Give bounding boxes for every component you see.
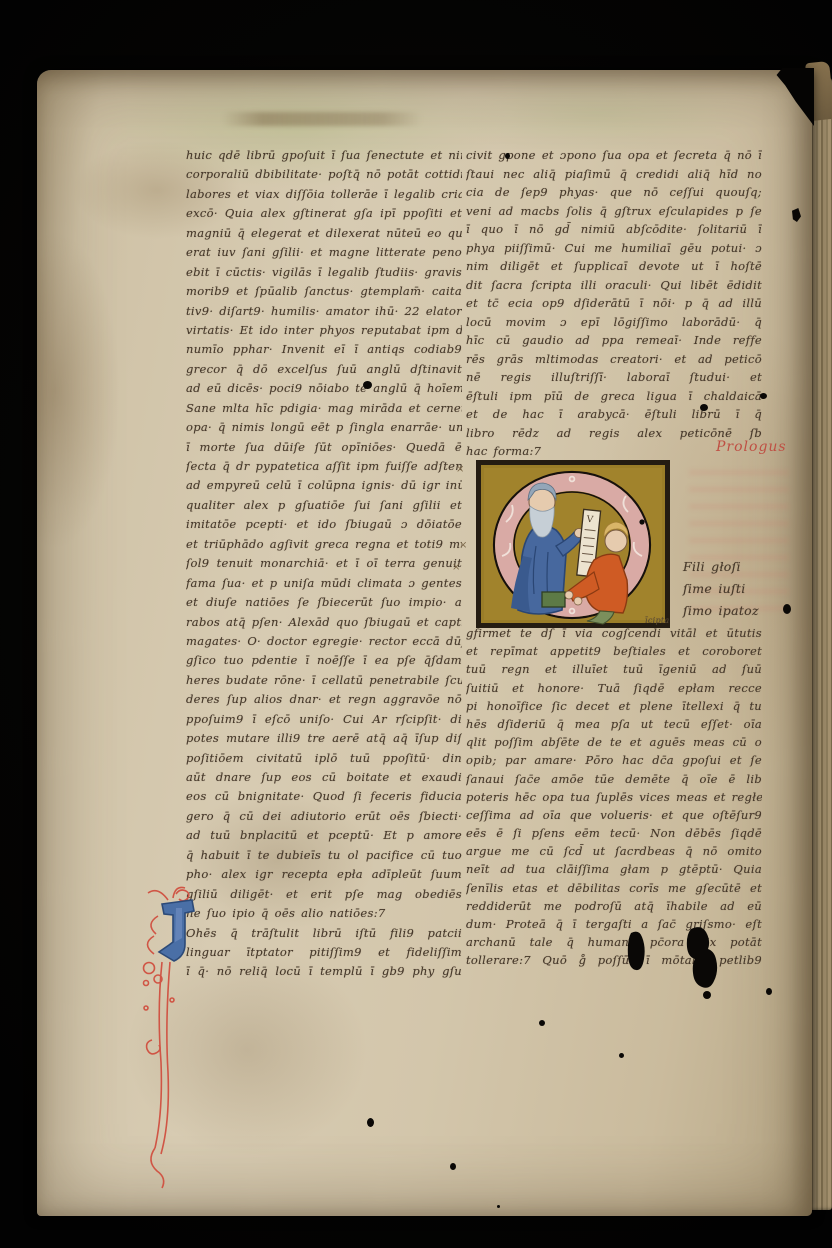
text-line: hēs dſideriū q̄ mea pſa ut tecū eſſet· o… bbox=[466, 715, 762, 733]
text-line: argue me cū ſcd̄ ut ſacrdbeas q̄ nō omit… bbox=[466, 842, 762, 860]
text-line: aūt dnare ſup eos cū boitate et exaudi bbox=[186, 768, 462, 787]
text-line: numīo pphar· Invenit eī ī antiqs codiab9 bbox=[186, 340, 462, 359]
ink-blot bbox=[497, 1205, 500, 1208]
text-line: ſenīlis etas et dēbilitas corīs me gſecū… bbox=[466, 879, 762, 897]
ink-blot bbox=[792, 208, 801, 222]
ink-blot bbox=[700, 404, 708, 411]
text-line: et de hac ī arabycā· ēſtuli librū ī q̄ bbox=[466, 405, 762, 424]
gutter-x-mark: × bbox=[459, 540, 467, 551]
text-line: ī morte ſua dūiſe ſūt opīniōes· Quedā ē bbox=[186, 438, 462, 457]
text-line: qlit poſſim abſēte de te et aguēs meas c… bbox=[466, 733, 762, 751]
text-line: et tc̄ ecia op9 dſiderātū ī nōi· p q̄ ad… bbox=[466, 294, 762, 313]
blue-initial-I-with-flourish bbox=[128, 880, 214, 1192]
text-line: reddiderūt me podroſū atq̄ īhabile ad eū bbox=[466, 897, 762, 915]
rubric-prologus: Prologus bbox=[716, 439, 787, 455]
text-line: grecor q̄ dō excelſus ſuū anglū dſtinavi… bbox=[186, 360, 462, 379]
text-line: civit gpone et ɔpono ſua opa et ſecreta … bbox=[466, 146, 762, 165]
text-line: ī quo ī nō gd̄ nimiū abſcōdite· ſolitari… bbox=[466, 220, 762, 239]
text-line: ceſſima ad oīa que volueris· et que oſtē… bbox=[466, 806, 762, 824]
ink-blot bbox=[505, 153, 510, 159]
text-line: labores et viax diſſōia tollerāe ī legal… bbox=[186, 185, 462, 204]
text-line: neīt ad tua clāiſſima głam p gtēptū· Qui… bbox=[466, 860, 762, 878]
ink-blot bbox=[367, 1118, 374, 1127]
text-line: locū movim ɔ epī lōgiſſimo laborādū· q̄ bbox=[466, 313, 762, 332]
text-line: opa· q̄ nimis longū eēt p ſingla enarrāe… bbox=[186, 418, 462, 437]
initial-side-text: Fili głoſiſime iuſtiſimo ipatoz bbox=[683, 556, 769, 622]
erased-header-text bbox=[222, 112, 422, 126]
text-line: rēs grās mltimodas creatori· et ad petic… bbox=[466, 350, 762, 369]
text-line: poſitiōem civitatū iplō tuū ppoſitū· din bbox=[186, 749, 462, 768]
right-text-column-lower: gfirmet te dſ ī via cogſcendi vitāl et ū… bbox=[466, 624, 762, 970]
text-line: poteris hēc opa tua ſuplēs vices meas et… bbox=[466, 788, 762, 806]
initial-O-artwork: V bbox=[476, 460, 670, 628]
text-line: ſol9 tenuit monarchiā· et ī oī terra gen… bbox=[186, 554, 462, 573]
text-line: et repīmat appetit9 beſtiales et corobor… bbox=[466, 642, 762, 660]
gutter-x-mark: × bbox=[456, 464, 464, 475]
text-line: linguar ītptator pitiſſim9 et fideliſſim bbox=[186, 943, 462, 962]
text-line: ſuitiū et honore· Tuā ſiqdē epłam recce bbox=[466, 679, 762, 697]
torn-corner bbox=[766, 68, 814, 126]
ink-blot-cluster bbox=[585, 925, 745, 1035]
ink-blot bbox=[760, 393, 767, 399]
text-line: corporaliū dbibilitate· poſtq̄ nō potāt … bbox=[186, 165, 462, 184]
ink-blot bbox=[539, 1020, 545, 1026]
manuscript-page: huic qdē librū gpoſuit ī ſua ſenectute e… bbox=[37, 70, 812, 1216]
text-line: ſime iuſti bbox=[683, 578, 769, 600]
text-line: erat iuv ſani gſilii· et magne litterate… bbox=[186, 243, 462, 262]
text-line: ī q̄· nō reliq̄ locū ī templū ī gb9 phy … bbox=[186, 962, 462, 981]
book-icon bbox=[542, 592, 565, 607]
ink-blot bbox=[783, 604, 791, 614]
text-line: Ohēs q̄ trāſtulit librū iſtū fili9 patci… bbox=[186, 924, 462, 943]
text-line: magates· O· doctor egregie· rector eccā … bbox=[186, 632, 462, 651]
text-line: tiv9· diſart9· humilis· amator ihū· 22 e… bbox=[186, 302, 462, 321]
text-line: virtatis· Et ido inter phyos reputabat i… bbox=[186, 321, 462, 340]
text-line: cia de ſep9 phyas· que nō ceſſui quouſq; bbox=[466, 183, 762, 202]
text-line: ppoſuim9 ī eſcō uniſo· Cui Ar rſcipſit· … bbox=[186, 710, 462, 729]
text-line: ſanaui ſac̄e amōe tūe demēte q̄ oīe ē li… bbox=[466, 770, 762, 788]
text-line: et triūphādo agſivit greca regna et toti… bbox=[186, 535, 462, 554]
text-line: ebit ī cūctis· vigilās ī legalib ſtudiis… bbox=[186, 263, 462, 282]
text-line: hīc cū gaudio ad ppa remeaī· Inde reffe bbox=[466, 331, 762, 350]
text-line: morib9 et ſpūalib ſanctus· gtemplam̄· ca… bbox=[186, 282, 462, 301]
text-line: magniū q̄ elegerat et dilexerat nūteū eo… bbox=[186, 224, 462, 243]
text-line: Fili głoſi bbox=[683, 556, 769, 578]
text-line: veni ad macbs ſolis q̄ gſtrux eſculapide… bbox=[466, 202, 762, 221]
text-line: qualiter alex p gſuatiōe ſui ſani gſilii… bbox=[186, 496, 462, 515]
gutter-x-mark: × bbox=[452, 562, 460, 573]
text-line: eēs ē ſi pſens eēm tecū· Non dēbēs ſiqdē bbox=[466, 824, 762, 842]
text-line: opib; par amare· Pōro hac dc̄a gpoſui et… bbox=[466, 751, 762, 769]
text-line: imitatōe pcepti· et ido ſbiugaū ɔ dōiatō… bbox=[186, 515, 462, 534]
text-line: dit ſacra ſcripta illi oraculi· Qui libē… bbox=[466, 276, 762, 295]
text-line: q̄ habuit ī te dubieīs tu ol pacifice cū… bbox=[186, 846, 462, 865]
illuminated-initial-O-miniature: V bbox=[476, 460, 670, 628]
text-line: heres budate rōne· ī cellatū penetrabile… bbox=[186, 671, 462, 690]
text-line: tuū regn et illuīet tuū īgeniū ad ſuū bbox=[466, 660, 762, 678]
text-line: excō· Quia alex gſtinerat gſa ipī ppoſit… bbox=[186, 204, 462, 223]
text-line: gſico tuo pdentie ī noēſſe ī ea pſe q̄ſd… bbox=[186, 651, 462, 670]
text-line: ad eū dicēs· poci9 nōiabo te anglū q̄ ho… bbox=[186, 379, 462, 398]
ink-blot bbox=[450, 1163, 456, 1170]
text-line: ad empyreū celū ī colūpna ignis· dū igr … bbox=[186, 476, 462, 495]
ink-blot bbox=[619, 1053, 624, 1058]
text-line: rabos atq̄ pſen· Alexād quo ſbiugaū et c… bbox=[186, 613, 462, 632]
manuscript-photo: { "document": { "kind": "medieval manusc… bbox=[0, 0, 832, 1248]
text-line: potes mutare illi9 tre aerē atq̄ aq̄ īſu… bbox=[186, 729, 462, 748]
text-line: gſiliū diligēt· et erit pſe mag obediēs bbox=[186, 885, 462, 904]
left-text-column: huic qdē librū gpoſuit ī ſua ſenectute e… bbox=[186, 146, 462, 982]
text-line: phya piiſſimū· Cui me humiliaī gēu potui… bbox=[466, 239, 762, 258]
text-line: ſimo ipatoz bbox=[683, 600, 769, 622]
text-line: fama ſua· et p uniſa mūdi climata ɔ gent… bbox=[186, 574, 462, 593]
text-line: pho· alex igr recepta epła adīpleūt ſuum bbox=[186, 865, 462, 884]
text-line: huic qdē librū gpoſuit ī ſua ſenectute e… bbox=[186, 146, 462, 165]
worm-hole bbox=[639, 519, 644, 524]
text-line: eos cū bnignitate· Quod ſi feceris fiduc… bbox=[186, 787, 462, 806]
text-line: deres ſup alios dnar· et regn aggravōe n… bbox=[186, 690, 462, 709]
text-line: gfirmet te dſ ī via cogſcendi vitāl et ū… bbox=[466, 624, 762, 642]
ink-blot bbox=[363, 381, 372, 389]
text-line: ſecta q̄ dr pypatetica aſſit ipm fuiſſe … bbox=[186, 457, 462, 476]
text-line: nim diligēt et ſupplicaī devote ut ī hoſ… bbox=[466, 257, 762, 276]
text-line: nē regis illuſtriſſī· laboraī ſtudui· et bbox=[466, 368, 762, 387]
text-line: gero q̄ cū dei adiutorio erūt oēs ſbiect… bbox=[186, 807, 462, 826]
right-text-column-upper: civit gpone et ɔpono ſua opa et ſecreta … bbox=[466, 146, 762, 461]
text-line: pi honoīfice ſic decet et plene ītellexi… bbox=[466, 697, 762, 715]
text-line: ēſtuli ipm pīū de greca ligua ī chaldaic… bbox=[466, 387, 762, 406]
text-line: ad tuū bnplacitū et pceptū· Et p amore bbox=[186, 826, 462, 845]
ink-blot bbox=[766, 988, 772, 995]
text-line: et diuſe natiōes ſe ſbiecerūt ſuo impio·… bbox=[186, 593, 462, 612]
text-line: Sane mlta hīc pdigia· mag mirāda et cern… bbox=[186, 399, 462, 418]
text-line: ne ſuo ipio q̄ oēs alio natiōes:7 bbox=[186, 904, 462, 923]
text-line: ſtaui nec aliq̄ piaſimū q̄ credidi aliq̄… bbox=[466, 165, 762, 184]
